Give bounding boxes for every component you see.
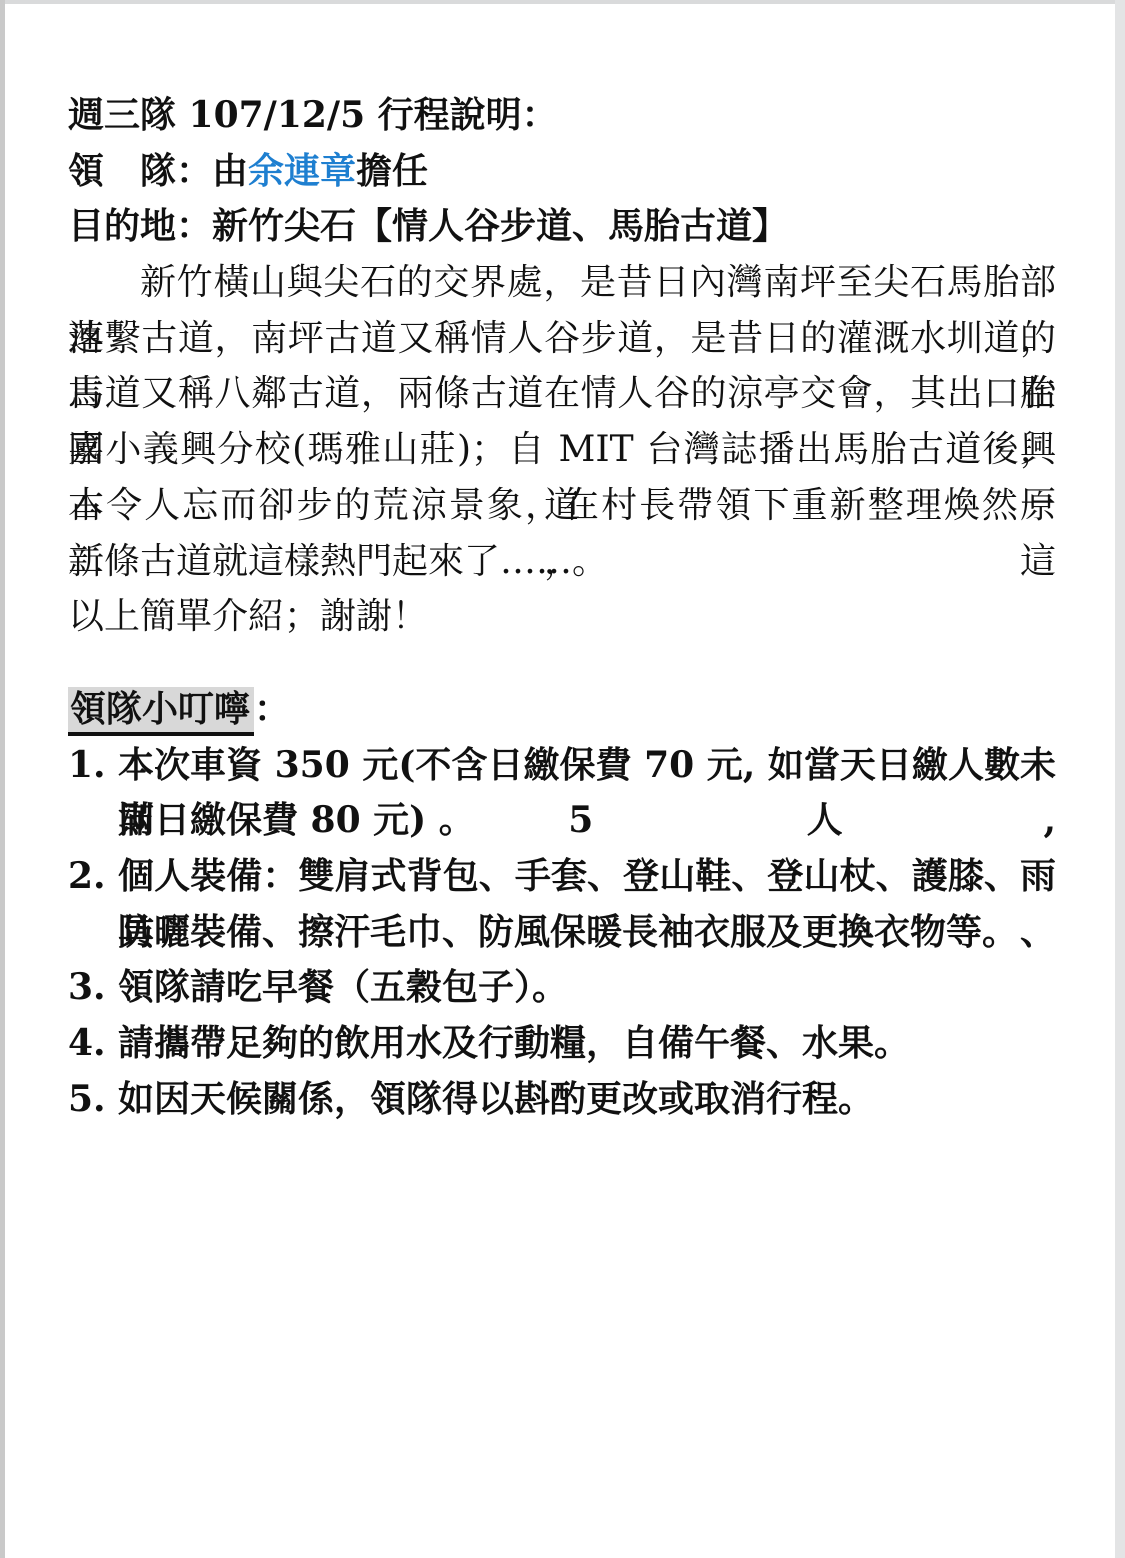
reminder-item-5: 5. 如因天候關係，領隊得以斟酌更改或取消行程。 bbox=[68, 1072, 1056, 1128]
item-text-line: 本次車資 350 元(不含日繳保費 70 元, 如當天日繳人數未滿 5 人, bbox=[118, 738, 1056, 794]
item-text-line: 防曬裝備、擦汗毛巾、防風保暖長袖衣服及更換衣物等。 bbox=[118, 905, 1056, 961]
reminder-heading: 領隊小叮嚀： bbox=[68, 682, 1056, 738]
document-content: 週三隊 107/12/5 行程說明： 領 隊：由余連章擔任 目的地：新竹尖石【情… bbox=[68, 88, 1056, 1127]
destination-line: 目的地：新竹尖石【情人谷步道、馬胎古道】 bbox=[68, 199, 1056, 255]
item-number: 4. bbox=[68, 1016, 118, 1072]
item-number: 1. bbox=[68, 738, 118, 794]
intro-line: 新竹橫山與尖石的交界處，是昔日內灣南坪至尖石馬胎部落的 bbox=[68, 255, 1056, 311]
intro-line: 古道又稱八鄰古道，兩條古道在情人谷的涼亭交會，其出口在嘉興 bbox=[68, 366, 1056, 422]
intro-line: 本令人忘而卻步的荒涼景象，在村長帶領下重新整理煥然一新，這 bbox=[68, 478, 1056, 534]
item-number: 5. bbox=[68, 1072, 118, 1128]
intro-paragraph: 新竹橫山與尖石的交界處，是昔日內灣南坪至尖石馬胎部落的 連繫古道，南坪古道又稱情… bbox=[68, 255, 1056, 589]
leader-label: 領 隊：由 bbox=[68, 150, 248, 192]
reminder-heading-colon: ： bbox=[254, 688, 290, 730]
document-page: 週三隊 107/12/5 行程說明： 領 隊：由余連章擔任 目的地：新竹尖石【情… bbox=[5, 4, 1115, 1558]
item-text-line: 請攜帶足夠的飲用水及行動糧，自備午餐、水果。 bbox=[118, 1016, 1056, 1072]
reminder-item-3: 3. 領隊請吃早餐（五穀包子）。 bbox=[68, 960, 1056, 1016]
reminder-list: 1. 本次車資 350 元(不含日繳保費 70 元, 如當天日繳人數未滿 5 人… bbox=[68, 738, 1056, 1128]
item-number: 2. bbox=[68, 849, 118, 905]
reminder-item-4: 4. 請攜帶足夠的飲用水及行動糧，自備午餐、水果。 bbox=[68, 1016, 1056, 1072]
reminder-item-1: 1. 本次車資 350 元(不含日繳保費 70 元, 如當天日繳人數未滿 5 人… bbox=[68, 738, 1056, 849]
viewer-edge-right bbox=[1115, 0, 1125, 1558]
leader-line: 領 隊：由余連章擔任 bbox=[68, 144, 1056, 200]
closing-line: 以上簡單介紹；謝謝！ bbox=[68, 589, 1056, 645]
item-text-line: 如因天候關係，領隊得以斟酌更改或取消行程。 bbox=[118, 1072, 1056, 1128]
trip-title: 週三隊 107/12/5 行程說明： bbox=[68, 88, 1056, 144]
viewer-edge-left bbox=[0, 0, 5, 1558]
intro-line: 連繫古道，南坪古道又稱情人谷步道，是昔日的灌溉水圳道，馬胎 bbox=[68, 311, 1056, 367]
reminder-item-2: 2. 個人裝備：雙肩式背包、手套、登山鞋、登山杖、護膝、雨具、 防曬裝備、擦汗毛… bbox=[68, 849, 1056, 960]
item-number: 3. bbox=[68, 960, 118, 1016]
leader-name: 余連章 bbox=[248, 150, 356, 192]
leader-suffix: 擔任 bbox=[356, 150, 428, 192]
intro-line: 國小義興分校(瑪雅山莊)；自 MIT 台灣誌播出馬胎古道後，古道原 bbox=[68, 422, 1056, 478]
reminder-heading-highlight: 領隊小叮嚀 bbox=[68, 687, 254, 736]
viewer-edge-top bbox=[0, 0, 1125, 4]
item-text-line: 個人裝備：雙肩式背包、手套、登山鞋、登山杖、護膝、雨具、 bbox=[118, 849, 1056, 905]
item-text-line: 領隊請吃早餐（五穀包子）。 bbox=[118, 960, 1056, 1016]
